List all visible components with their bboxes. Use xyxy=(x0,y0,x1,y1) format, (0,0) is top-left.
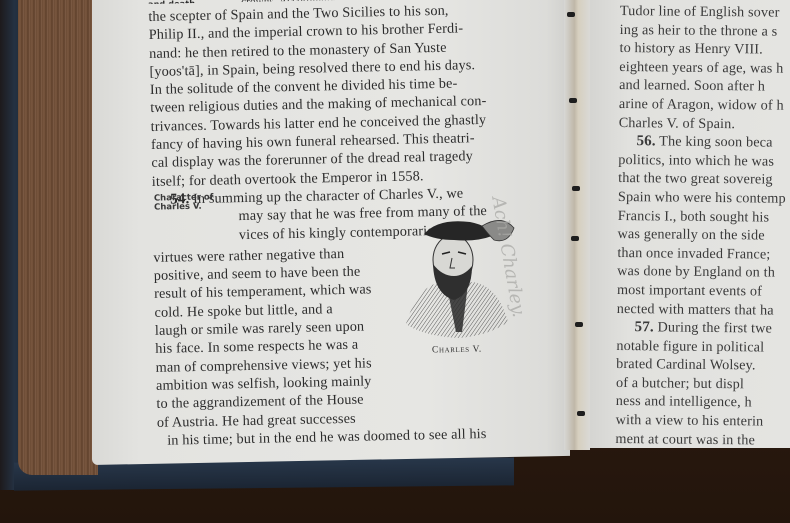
text-line: ness and intelligence, h xyxy=(616,392,784,412)
top-sidenote: and death. xyxy=(148,0,198,4)
text-line: to history as Henry VIII. xyxy=(619,39,787,59)
text-line: eighteen years of age, was h xyxy=(619,58,787,78)
binding-stitch xyxy=(572,186,580,191)
text-line: Charles V. of Spain. xyxy=(619,114,787,134)
binding-stitch xyxy=(571,236,579,241)
book-gutter-binding xyxy=(564,0,590,450)
text-line: and learned. Soon after h xyxy=(619,76,787,96)
section-56-heading-line: 56. The king soon beca xyxy=(618,132,786,152)
text-line: notable figure in political xyxy=(616,337,784,357)
binding-stitch xyxy=(575,322,583,327)
sidehead-line: Charles V. xyxy=(154,202,214,212)
section-57-heading-line: 57. During the first twe xyxy=(616,318,784,338)
section-number: 56. xyxy=(636,133,655,149)
section-number: 57. xyxy=(635,319,654,335)
text-line: ing as heir to the throne a s xyxy=(620,21,788,41)
binding-stitch xyxy=(567,12,575,17)
text-line: politics, into which he was xyxy=(618,151,786,171)
margin-sidehead: Character of Charles V. xyxy=(154,193,214,212)
right-page-text: Tudor line of English sover ing as heir … xyxy=(615,2,787,450)
text-line: The king soon beca xyxy=(659,134,773,151)
text-line: brated Cardinal Wolsey. xyxy=(616,355,784,375)
text-line: was generally on the side xyxy=(617,225,785,245)
text-line: arine of Aragon, widow of h xyxy=(619,95,787,115)
text-line: most important events of xyxy=(617,281,785,301)
text-line: with a view to his enterin xyxy=(616,411,784,431)
portrait-caption: Charles V. xyxy=(432,345,482,356)
text-line: Francis I., both sought his xyxy=(618,207,786,227)
text-line: Spain who were his contemp xyxy=(618,188,786,208)
text-line: Tudor line of English sover xyxy=(620,2,788,22)
text-line: than once invaded France; xyxy=(617,244,785,264)
text-line: nected with matters that ha xyxy=(617,299,785,319)
text-line: of a butcher; but displ xyxy=(616,374,784,394)
text-line: was done by England on th xyxy=(617,262,785,282)
text-line: that the two great sovereig xyxy=(618,169,786,189)
text-line: During the first twe xyxy=(657,320,772,337)
binding-stitch xyxy=(577,411,585,416)
binding-stitch xyxy=(569,98,577,103)
page-edges-stack xyxy=(18,0,98,475)
text-line: ment at court was in the xyxy=(615,430,783,450)
